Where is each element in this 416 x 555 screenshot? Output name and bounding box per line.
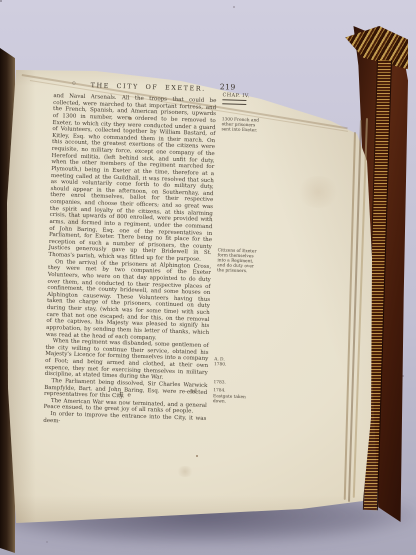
catchword: ed [190, 388, 197, 394]
margin-note: 1783. [213, 380, 257, 386]
margin-note: CHAP. IV. [222, 93, 266, 105]
body-text-column: and Naval Arsenals. All the troops that … [43, 93, 216, 429]
header-ornament: ⊙ [72, 81, 76, 87]
margin-note: 1300 French and other prisoners sent int… [221, 117, 265, 134]
printed-text-block: ⊙ THE CITY OF EXETER. 219 and Naval Arse… [43, 78, 270, 431]
body-paragraph: When the regiment was disbanded, some ge… [45, 338, 209, 383]
photo-background: ⊙ THE CITY OF EXETER. 219 and Naval Arse… [0, 0, 416, 555]
page-title: THE CITY OF EXETER. [80, 81, 217, 93]
body-paragraph: On the arrival of the prisoners at Alphi… [46, 259, 211, 344]
chapter-double-rule [222, 99, 246, 104]
margin-notes-column: CHAP. IV.1300 French and other prisoners… [223, 93, 269, 94]
dust-specks [0, 0, 2, 2]
margin-note: Citizens of Exeter form themselves into … [217, 248, 262, 275]
body-paragraph: and Naval Arsenals. All the troops that … [48, 93, 216, 264]
foxing-stain [296, 176, 340, 208]
page-number: 219 [220, 82, 266, 92]
margin-note: Eastgate taken down. [213, 394, 257, 406]
foxing-stain [176, 466, 194, 477]
ink-fleck [196, 455, 198, 457]
margin-note: A. D. 1780. [214, 357, 258, 369]
